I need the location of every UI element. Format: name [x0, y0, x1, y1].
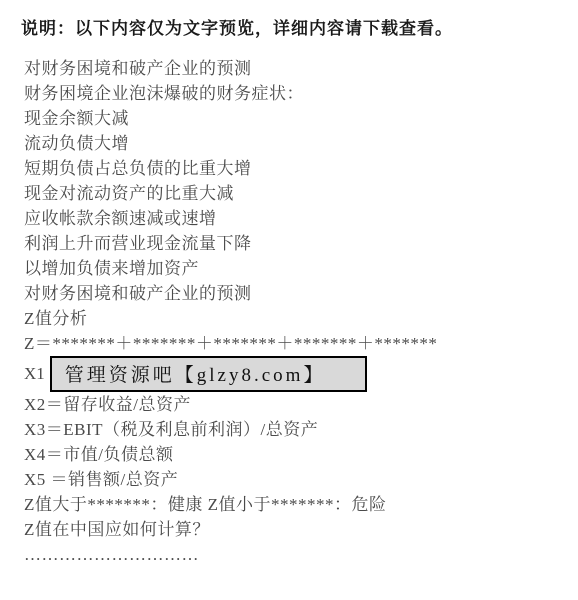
lines-before-container: 对财务困境和破产企业的预测财务困境企业泡沫爆破的财务症状：现金余额大减流动负债大… [24, 56, 564, 356]
text-line: X4＝市值/负债总额 [24, 442, 564, 467]
text-line: 对财务困境和破产企业的预测 [24, 56, 564, 81]
text-line: X3＝EBIT（税及利息前利润）/总资产 [24, 417, 564, 442]
text-line: Z＝*******＋*******＋*******＋*******＋******… [24, 331, 564, 356]
x1-label: X1 [24, 356, 45, 392]
text-line: Z值分析 [24, 306, 564, 331]
text-line: 流动负债大增 [24, 131, 564, 156]
text-line: 应收帐款余额速减或速增 [24, 206, 564, 231]
text-line: 利润上升而营业现金流量下降 [24, 231, 564, 256]
watermark-link[interactable]: 管理资源吧【glzy8.com】 [50, 356, 367, 392]
text-line: 以增加负债来增加资产 [24, 256, 564, 281]
text-line: ………………………… [24, 542, 564, 567]
lines-after-container: X2＝留存收益/总资产X3＝EBIT（税及利息前利润）/总资产X4＝市值/负债总… [24, 392, 564, 567]
preview-notice: 说明：以下内容仅为文字预览，详细内容请下载查看。 [21, 14, 453, 39]
text-line: 现金对流动资产的比重大减 [24, 181, 564, 206]
text-line: Z值大于*******：健康 Z值小于*******：危险 [24, 492, 564, 517]
text-line: 现金余额大减 [24, 106, 564, 131]
document-text-preview: 对财务困境和破产企业的预测财务困境企业泡沫爆破的财务症状：现金余额大减流动负债大… [24, 56, 564, 567]
text-line: Z值在中国应如何计算？ [24, 517, 564, 542]
text-line: X5 ＝销售额/总资产 [24, 467, 564, 492]
text-line: X2＝留存收益/总资产 [24, 392, 564, 417]
x1-row: X1 管理资源吧【glzy8.com】 [24, 356, 564, 392]
text-line: 短期负债占总负债的比重大增 [24, 156, 564, 181]
text-line: 对财务困境和破产企业的预测 [24, 281, 564, 306]
text-line: 财务困境企业泡沫爆破的财务症状： [24, 81, 564, 106]
